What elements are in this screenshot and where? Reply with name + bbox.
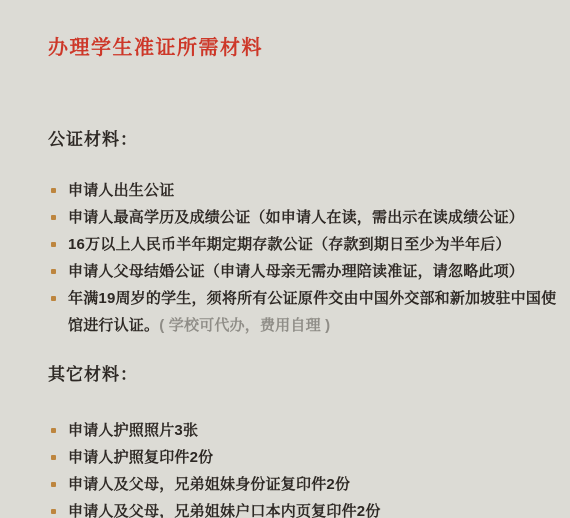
bullet-icon bbox=[51, 269, 56, 274]
list-item-text: 申请人最高学历及成绩公证（如申请人在读，需出示在读成绩公证） bbox=[68, 209, 524, 226]
list-item: 申请人护照照片3张 bbox=[48, 417, 558, 444]
list-item: 申请人及父母，兄弟姐妹身份证复印件2份 bbox=[48, 471, 558, 498]
page-title: 办理学生准证所需材料 bbox=[48, 36, 570, 60]
bullet-icon bbox=[51, 509, 56, 514]
bullet-icon bbox=[51, 482, 56, 487]
list-item-text: 申请人护照照片3张 bbox=[68, 422, 198, 439]
list-item: 申请人最高学历及成绩公证（如申请人在读，需出示在读成绩公证） bbox=[48, 204, 558, 231]
other-materials-list: 申请人护照照片3张 申请人护照复印件2份 申请人及父母，兄弟姐妹身份证复印件2份… bbox=[48, 417, 558, 518]
list-item-text: 申请人及父母，兄弟姐妹户口本内页复印件2份 bbox=[68, 503, 381, 518]
bullet-icon bbox=[51, 215, 56, 220]
list-item-text: 申请人父母结婚公证（申请人母亲无需办理陪读准证，请忽略此项） bbox=[68, 263, 524, 280]
list-item: 申请人及父母，兄弟姐妹户口本内页复印件2份 bbox=[48, 498, 558, 518]
section-heading-notarized-materials: 公证材料： bbox=[48, 129, 570, 151]
list-item: 申请人出生公证 bbox=[48, 177, 558, 204]
list-item-text: 申请人及父母，兄弟姐妹身份证复印件2份 bbox=[68, 476, 350, 493]
list-item-note: ( 学校可代办，费用自理 ) bbox=[159, 317, 330, 334]
list-item-text: 申请人出生公证 bbox=[68, 182, 174, 199]
bullet-icon bbox=[51, 296, 56, 301]
list-item: 申请人父母结婚公证（申请人母亲无需办理陪读准证，请忽略此项） bbox=[48, 258, 558, 285]
section-heading-other-materials: 其它材料： bbox=[48, 364, 570, 386]
list-item: 申请人护照复印件2份 bbox=[48, 444, 558, 471]
list-item-text: 申请人护照复印件2份 bbox=[68, 449, 213, 466]
list-item: 16万以上人民币半年期定期存款公证（存款到期日至少为半年后） bbox=[48, 231, 558, 258]
bullet-icon bbox=[51, 428, 56, 433]
bullet-icon bbox=[51, 455, 56, 460]
list-item: 年满19周岁的学生，须将所有公证原件交由中国外交部和新加坡驻中国使馆进行认证。(… bbox=[48, 285, 558, 339]
notarized-materials-list: 申请人出生公证 申请人最高学历及成绩公证（如申请人在读，需出示在读成绩公证） 1… bbox=[48, 177, 558, 339]
bullet-icon bbox=[51, 188, 56, 193]
list-item-text: 16万以上人民币半年期定期存款公证（存款到期日至少为半年后） bbox=[68, 236, 511, 253]
bullet-icon bbox=[51, 242, 56, 247]
